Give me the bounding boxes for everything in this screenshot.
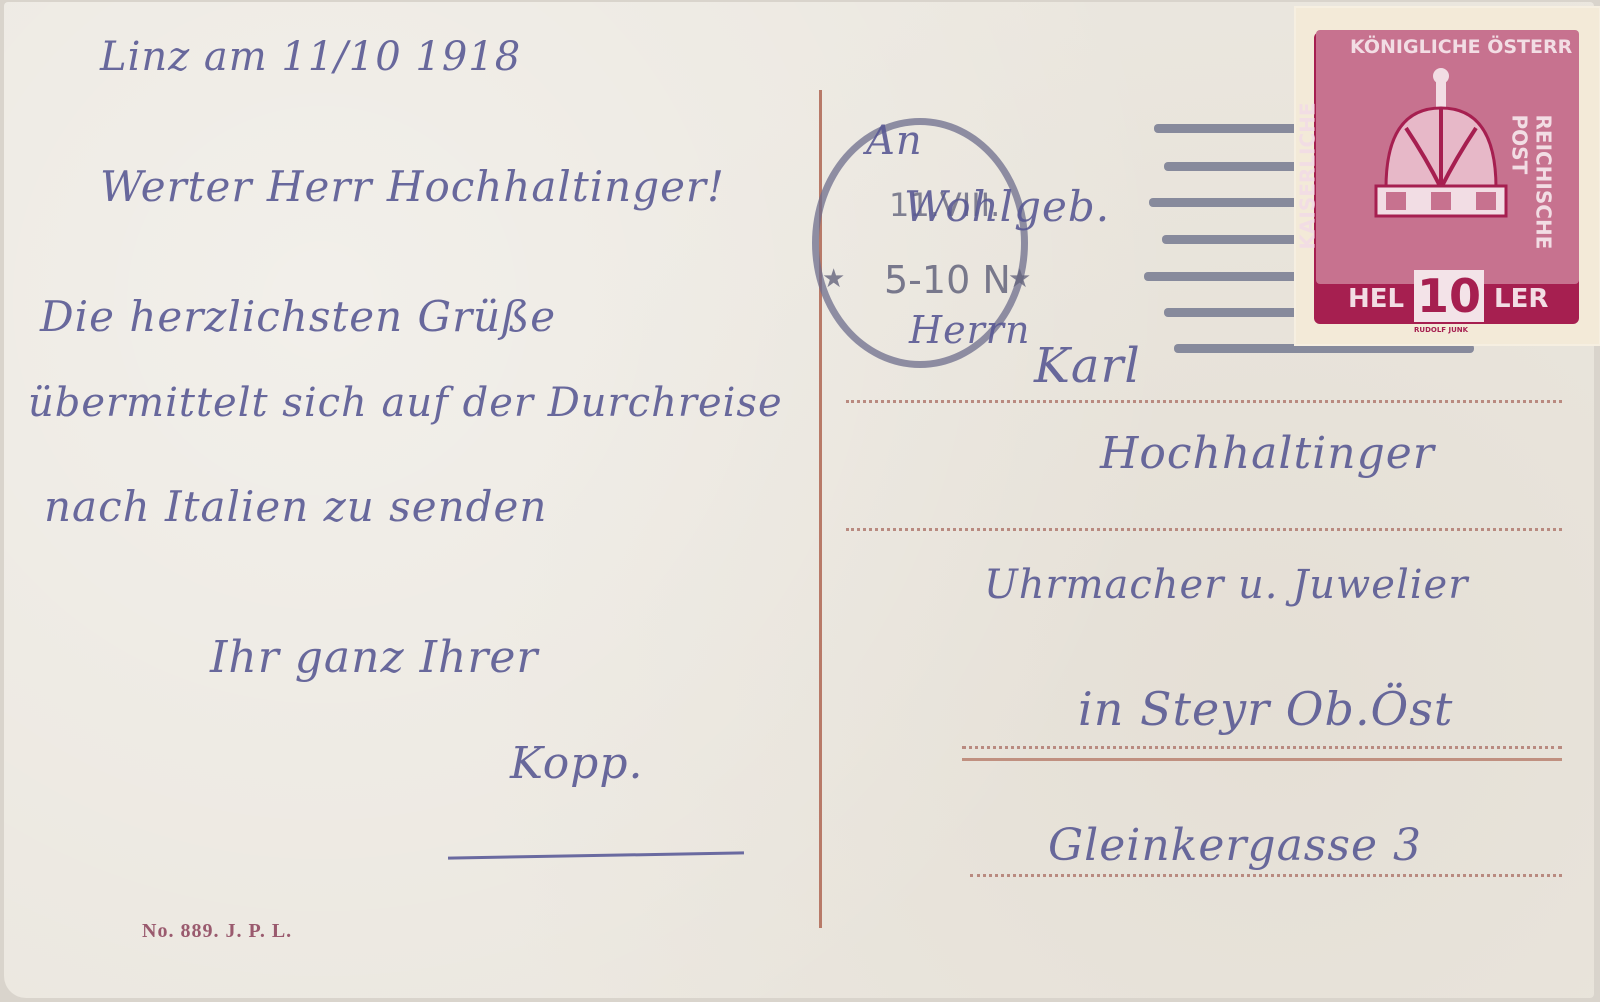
cancellation-line xyxy=(1174,344,1474,353)
address-line-4 xyxy=(970,874,1562,877)
postmark-star-icon: ★ xyxy=(1008,264,1031,294)
address-last-name: Hochhaltinger xyxy=(1100,428,1435,479)
stamp-denomination-value: 10 xyxy=(1414,270,1484,322)
greeting: Werter Herr Hochhaltinger! xyxy=(100,162,725,211)
publisher-mark: No. 889. J. P. L. xyxy=(142,920,292,943)
message-line-3: nach Italien zu senden xyxy=(44,482,547,531)
signature: Kopp. xyxy=(510,738,644,789)
address-title: Wohlgeb. xyxy=(904,182,1110,231)
stamp-inscription-right: REICHISCHE POST xyxy=(1508,115,1556,250)
address-street: Gleinkergasse 3 xyxy=(1048,820,1422,871)
address-line-3 xyxy=(962,746,1562,749)
stamp-designer: RUDOLF JUNK xyxy=(1414,326,1468,334)
crown-icon xyxy=(1366,68,1516,238)
postcard-back: Linz am 11/10 1918 Werter Herr Hochhalti… xyxy=(4,2,1594,998)
postmark-star-icon: ★ xyxy=(822,264,845,294)
signature-underline xyxy=(448,851,744,859)
message-line-1: Die herzlichsten Grüße xyxy=(40,292,556,341)
message-line-2: übermittelt sich auf der Durchreise xyxy=(28,380,783,426)
stamp-inscription-left: KAISERLICHE xyxy=(1296,102,1320,249)
date-line: Linz am 11/10 1918 xyxy=(100,34,521,80)
address-line-3-underline xyxy=(962,758,1562,761)
stamp-denomination-left: HEL xyxy=(1348,284,1404,314)
address-first-name: Karl xyxy=(1034,338,1141,394)
address-line-1 xyxy=(846,400,1562,403)
address-line-2 xyxy=(846,528,1562,531)
stamp-denomination-right: LER xyxy=(1494,284,1548,314)
message-line-4: Ihr ganz Ihrer xyxy=(210,632,538,683)
address-salutation: An xyxy=(866,118,923,164)
postmark-time: 5-10 N xyxy=(884,258,1011,302)
address-honorific: Herrn xyxy=(909,308,1030,352)
address-city: in Steyr Ob.Öst xyxy=(1078,682,1453,736)
postage-stamp: KÖNIGLICHE ÖSTERR KAISERLICHE REICHISCHE… xyxy=(1296,8,1599,344)
stamp-inscription-top: KÖNIGLICHE ÖSTERR xyxy=(1350,36,1572,58)
address-occupation: Uhrmacher u. Juwelier xyxy=(984,562,1468,608)
